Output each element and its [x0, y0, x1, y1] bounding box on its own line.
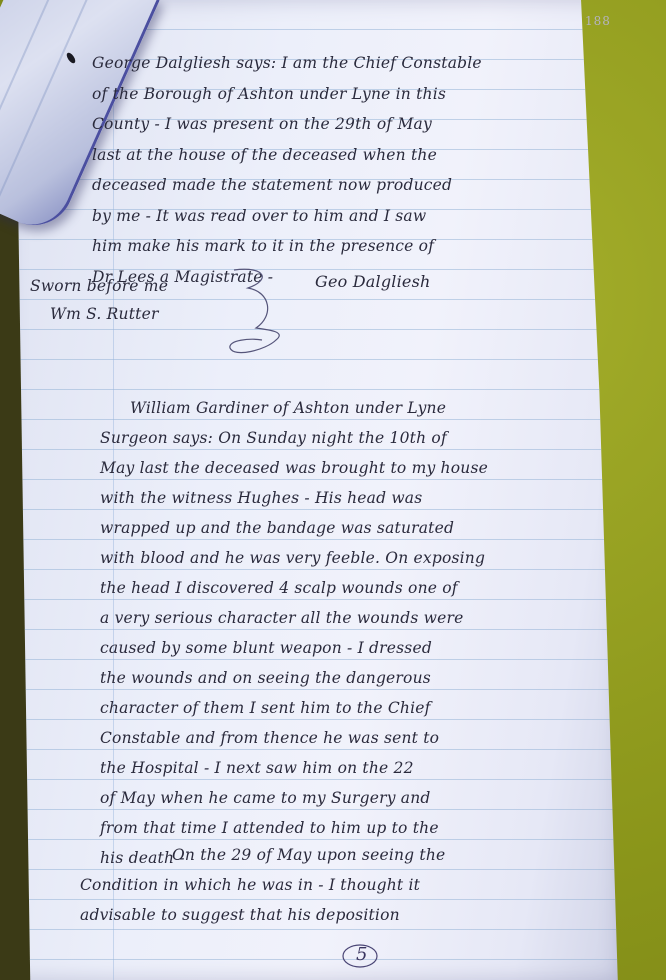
- text-line: Constable and from thence he was sent to: [100, 723, 488, 753]
- text-line: On the 29 of May upon seeing the: [80, 840, 445, 870]
- rule-line: [0, 0, 59, 197]
- text-line: Condition in which he was in - I thought…: [80, 870, 445, 900]
- text-line: from that time I attended to him up to t…: [100, 813, 488, 843]
- brace-flourish: [226, 266, 296, 366]
- sworn-before-block: Sworn before me Wm S. Rutter: [30, 272, 168, 328]
- text-line: the Hospital - I next saw him on the 22: [100, 753, 488, 783]
- text-line: wrapped up and the bandage was saturated: [100, 513, 488, 543]
- deposition-gardiner: William Gardiner of Ashton under Lyne Su…: [100, 393, 488, 873]
- text-line: of the Borough of Ashton under Lyne in t…: [92, 79, 482, 110]
- signature-dalgliesh: Geo Dalgliesh: [315, 272, 431, 291]
- text-line: the wounds and on seeing the dangerous: [100, 663, 488, 693]
- sworn-label: Sworn before me: [30, 272, 168, 300]
- text-line: him make his mark to it in the presence …: [92, 231, 482, 262]
- text-line: with blood and he was very feeble. On ex…: [100, 543, 488, 573]
- text-line: of May when he came to my Surgery and: [100, 783, 488, 813]
- text-line: George Dalgliesh says: I am the Chief Co…: [92, 48, 482, 79]
- deposition-continuation: On the 29 of May upon seeing the Conditi…: [80, 840, 445, 930]
- text-line: May last the deceased was brought to my …: [100, 453, 488, 483]
- folio-number: 188: [585, 14, 611, 28]
- text-line: advisable to suggest that his deposition: [80, 900, 445, 930]
- text-line: by me - It was read over to him and I sa…: [92, 201, 482, 232]
- text-line: the head I discovered 4 scalp wounds one…: [100, 573, 488, 603]
- magistrate-name: Wm S. Rutter: [30, 300, 168, 328]
- text-line: Surgeon says: On Sunday night the 10th o…: [100, 423, 488, 453]
- text-line: a very serious character all the wounds …: [100, 603, 488, 633]
- text-line: County - I was present on the 29th of Ma…: [92, 109, 482, 140]
- page-marker: 5: [356, 944, 367, 965]
- text-line: with the witness Hughes - His head was: [100, 483, 488, 513]
- text-line: character of them I sent him to the Chie…: [100, 693, 488, 723]
- text-line: last at the house of the deceased when t…: [92, 140, 482, 171]
- deposition-dalgliesh: George Dalgliesh says: I am the Chief Co…: [92, 48, 482, 292]
- rule-line: [0, 0, 91, 211]
- text-line: deceased made the statement now produced: [92, 170, 482, 201]
- text-line: William Gardiner of Ashton under Lyne: [100, 393, 488, 423]
- text-line: caused by some blunt weapon - I dressed: [100, 633, 488, 663]
